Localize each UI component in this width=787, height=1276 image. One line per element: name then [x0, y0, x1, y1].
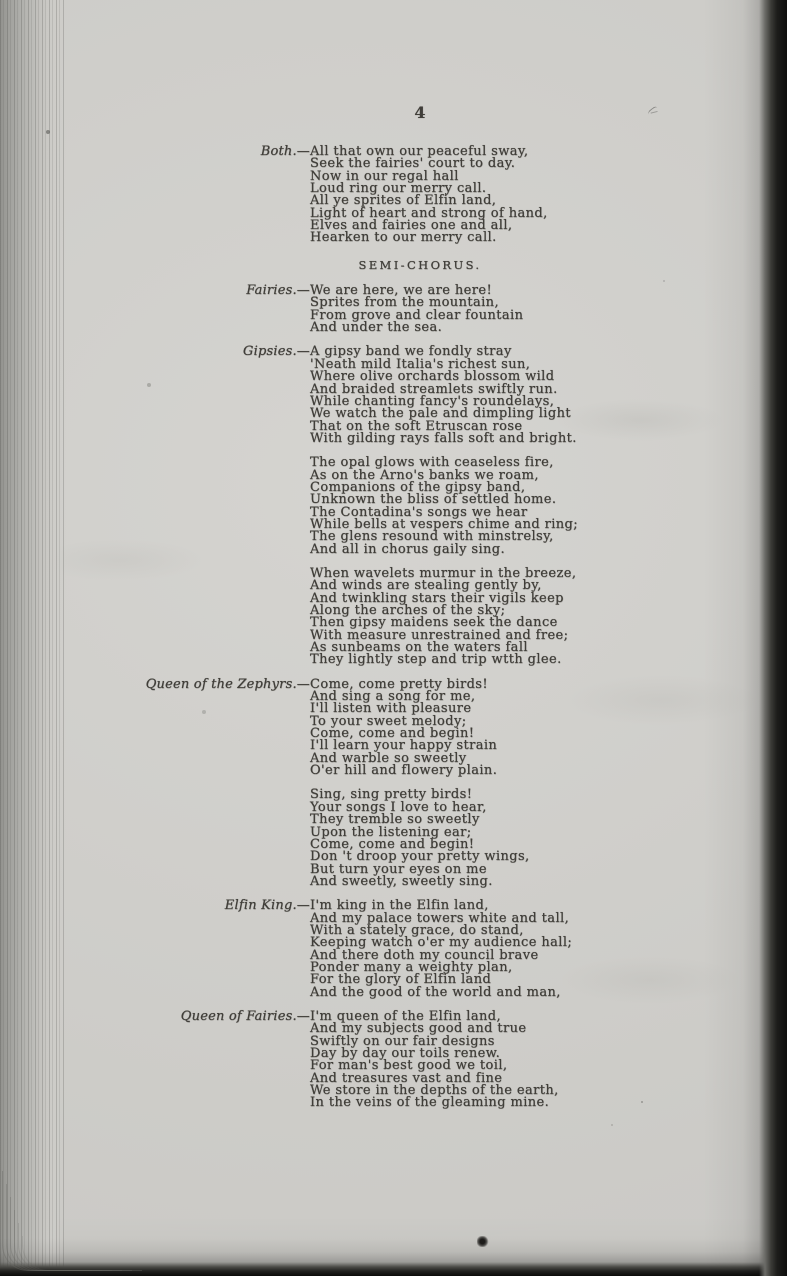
stanza: Sing, sing pretty birds!Your songs I lov… — [310, 789, 787, 888]
stanza: Elfin King.—I'm king in the Elfin land,A… — [310, 900, 787, 999]
poem-line: Hearken to our merry call. — [310, 232, 787, 244]
stanza: The opal glows with ceaseless fire,As on… — [310, 457, 787, 556]
poem-line: O'er hill and flowery plain. — [310, 765, 787, 777]
poem-line: In the veins of the gleaming mine. — [310, 1097, 787, 1109]
poem: Both.—All that own our peaceful sway,See… — [40, 146, 787, 1122]
ink-blot-mark — [477, 1236, 489, 1247]
speaker-label: Queen of Fairies.— — [181, 1011, 310, 1023]
scanned-book-page: 4 Both.—All that own our peaceful sway,S… — [0, 0, 787, 1276]
stanza: Gipsies.—A gipsy band we fondly stray'Ne… — [310, 346, 787, 445]
poem-line: And all in chorus gaily sing. — [310, 544, 787, 556]
poem-line: And the good of the world and man, — [310, 987, 787, 999]
page-corner-line — [22, 1236, 92, 1271]
poem-line: They lightly step and trip wtth glee. — [310, 654, 787, 666]
speaker-label: Both.— — [261, 146, 310, 158]
speech-block: Queen of the Zephyrs.—Come, come pretty … — [310, 679, 787, 889]
page-number: 4 — [40, 103, 787, 122]
stanza: Fairies.—We are here, we are here!Sprite… — [310, 285, 787, 334]
speaker-label: Fairies.— — [246, 285, 310, 297]
speaker-label: Queen of the Zephyrs.— — [146, 679, 310, 691]
stanza: When wavelets murmur in the breeze,And w… — [310, 568, 787, 667]
speech-block: Gipsies.—A gipsy band we fondly stray'Ne… — [310, 346, 787, 666]
speech-block: Both.—All that own our peaceful sway,See… — [310, 146, 787, 245]
speech-block: Fairies.—We are here, we are here!Sprite… — [310, 285, 787, 334]
speaker-label: Elfin King.— — [225, 900, 310, 912]
stanza: Queen of Fairies.—I'm queen of the Elfin… — [310, 1011, 787, 1110]
stacked-page-corners — [0, 1167, 150, 1271]
poem-line: With gilding rays falls soft and bright. — [310, 433, 787, 445]
speech-block: Elfin King.—I'm king in the Elfin land,A… — [310, 900, 787, 999]
poem-line: And sweetly, sweetly sing. — [310, 876, 787, 888]
semi-chorus-heading: SEMI-CHORUS. — [40, 259, 787, 271]
stanza: Queen of the Zephyrs.—Come, come pretty … — [310, 679, 787, 778]
stanza: Both.—All that own our peaceful sway,See… — [310, 146, 787, 245]
speaker-label: Gipsies.— — [243, 346, 310, 358]
paper-specks — [0, 0, 2, 2]
speech-block: Queen of Fairies.—I'm queen of the Elfin… — [310, 1011, 787, 1110]
poem-line: And under the sea. — [310, 322, 787, 334]
